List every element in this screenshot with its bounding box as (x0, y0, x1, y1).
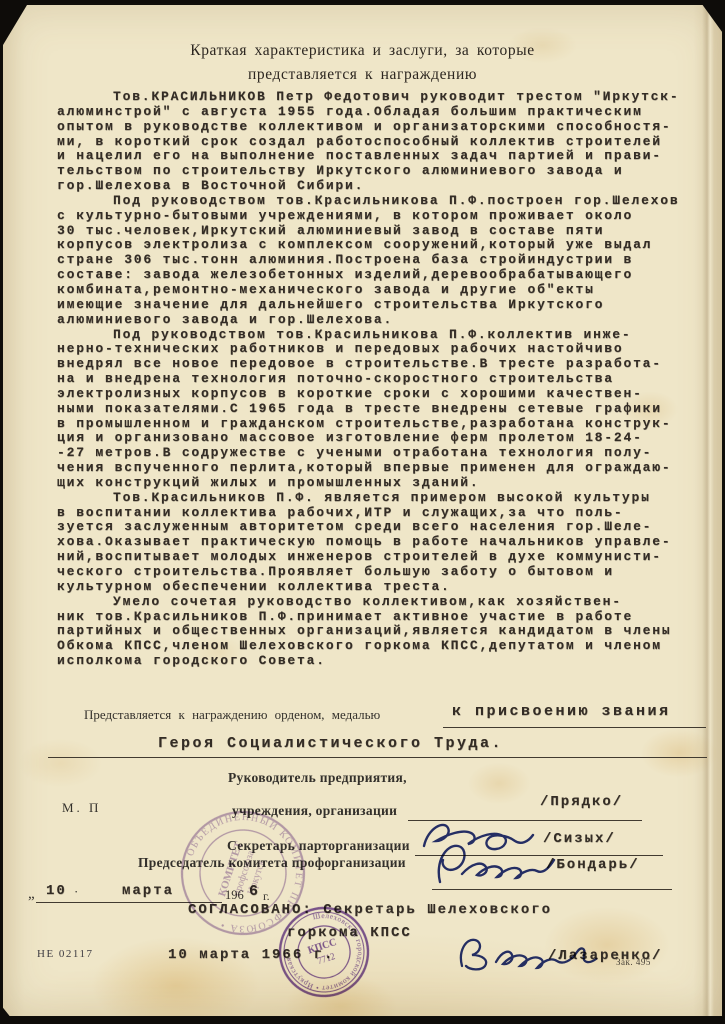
document-title-line2: представляется к награждению (0, 66, 725, 84)
scan-edge-left (0, 0, 2, 1024)
fill-line (443, 727, 706, 728)
scan-edge-top (0, 0, 725, 3)
union-chairman-name: /Бондарь/ (546, 857, 640, 873)
signature-bondar (430, 838, 560, 898)
award-typed-line2: Героя Социалистического Труда. (158, 735, 503, 752)
presented-for-award-label: Представляется к награждению орденом, ме… (84, 707, 380, 723)
body-paragraph-4: Тов.Красильников П.Ф. является примером … (57, 491, 709, 595)
body-paragraph-3: Под руководством тов.Красильникова П.Ф.к… (57, 328, 709, 491)
director-label-line1: Руководитель предприятия, (228, 770, 407, 786)
date-dot: · (74, 884, 78, 900)
print-order-code: Зак. 495 (616, 957, 651, 967)
body-paragraph-2: Под руководством тов.Красильникова П.Ф.п… (57, 194, 709, 328)
seal-placeholder-mark: М. П (62, 800, 101, 816)
document-title-line1: Краткая характеристика и заслуги, за кот… (0, 42, 725, 60)
scan-edge-bottom (0, 1017, 725, 1024)
date-open-quote: „ (28, 886, 35, 903)
body-paragraph-1: Тов.КРАСИЛЬНИКОВ Петр Федотович руководи… (57, 90, 709, 194)
date-day: 10 (46, 883, 67, 899)
signature-lazarenko (450, 933, 605, 979)
award-typed-line1: к присвоению звания (452, 703, 671, 720)
form-code: НЕ 02117 (37, 948, 94, 960)
director-signature-name: /Прядко/ (540, 794, 623, 810)
body-paragraph-5: Умело сочетая руководство коллективом,ка… (57, 595, 709, 669)
fill-line (48, 757, 707, 758)
document-body: Тов.КРАСИЛЬНИКОВ Петр Федотович руководи… (57, 90, 709, 669)
